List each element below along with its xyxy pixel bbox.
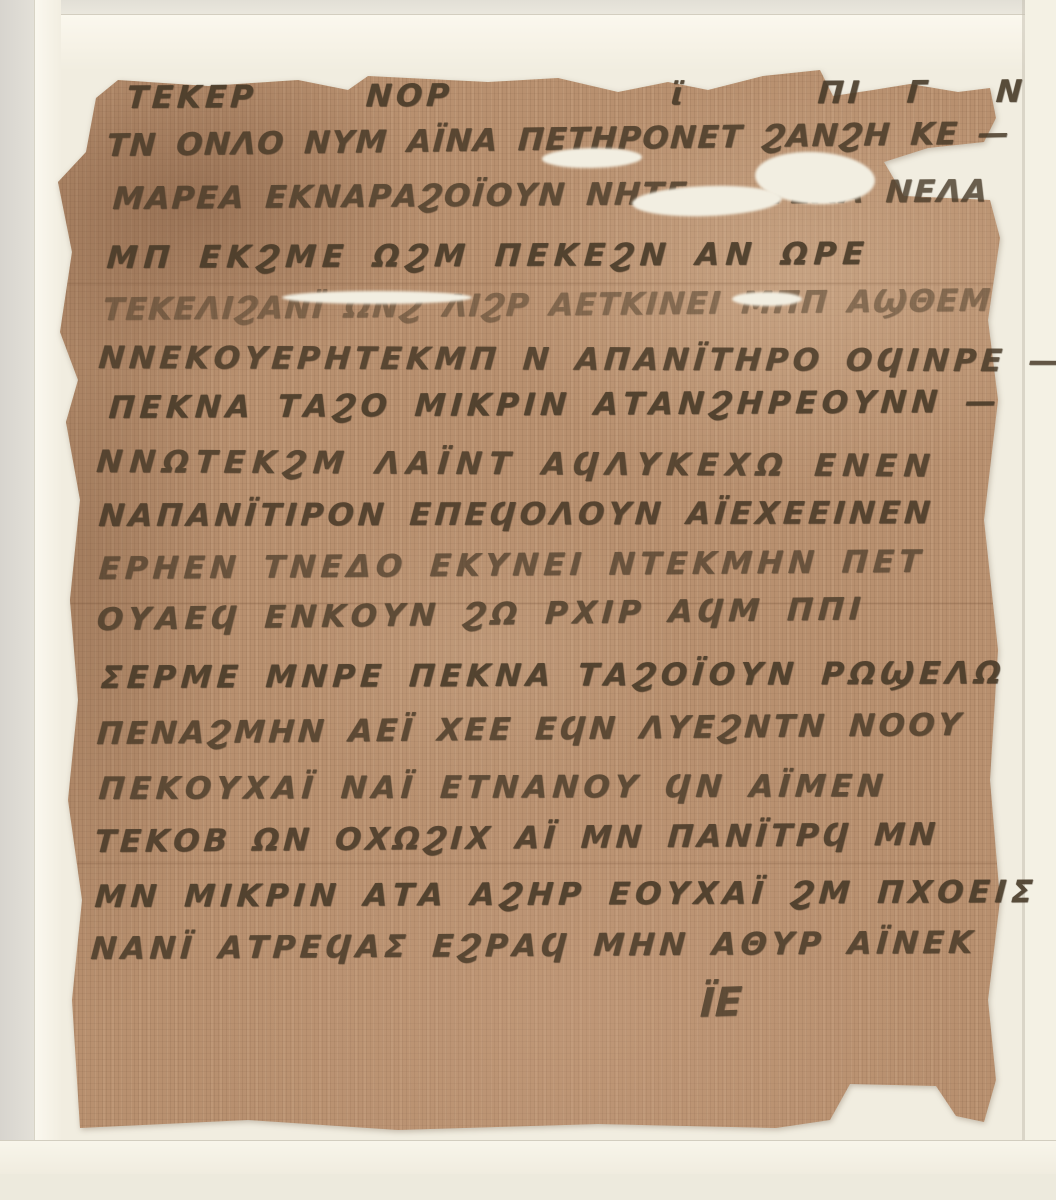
text-line: ΣΕΡΜΕ ΜΝΡΕ ΠΕΚΝΑ ΤΑϨΟΪΟΥΝ ΡΩϢΕΛΩ: [100, 655, 1007, 696]
papyrus-hole: [732, 292, 802, 306]
text-line: ΠΕΚΟΥΧΑΪ ΝΑΪ ΕΤΝΑΝΟΥ ϤΝ ΑΪΜΕΝ: [98, 768, 890, 807]
papyrus-hole: [282, 291, 472, 304]
text-line: ΠΕΚΝΑ ΤΑϨΟ ΜΙΚΡΙΝ ΑΤΑΝϨΗΡΕΟΥΝΝ —: [108, 384, 1003, 426]
text-line: ΤΕΚΟΒ ΩΝ ΟΧΩϨΙΧ ΑΪ ΜΝ ΠΑΝΪΤΡϤ ΜΝ: [94, 817, 941, 860]
colophon-ie: ΪΕ: [699, 979, 743, 1027]
text-line: ΜΝ ΜΙΚΡΙΝ ΑΤΑ ΑϨΗΡ ΕΟΥΧΑΪ ϨΜ ΠΧΟΕΙΣ: [94, 874, 1039, 915]
text-line: ΝΝΩΤΕΚϨΜ ΛΑΪΝΤ ΑϤΛΥΚΕΧΩ ΕΝΕΝ: [95, 444, 938, 484]
text-line: ΝΑΝΪ ΑΤΡΕϤΑΣ ΕϨΡΑϤ ΜΗΝ ΑΘΥΡ ΑΪΝΕΚ: [90, 925, 978, 967]
text-line: ΜΠ ΕΚϨΜΕ ΩϨΜ ΠΕΚΕϨΝ ΑΝ ΩΡΕ: [106, 236, 871, 276]
text-line: ΠΕΝΑϨΜΗΝ ΑΕΪ ΧΕΕ ΕϤΝ ΛΥΕϨΝΤΝ ΝΟΟΥ: [96, 707, 965, 752]
text-line: ΝΑΠΑΝΪΤΙΡΟΝ ΕΠΕϤΟΛΟΥΝ ΑΪΕΧΕΕΙΝΕΝ: [98, 495, 936, 534]
text-line: ΤΕΚΕΡ ΝΟΡ ϊ ΠΙ Γ Ν: [126, 74, 1027, 116]
coptic-text-block: ΤΕΚΕΡ ΝΟΡ ϊ ΠΙ Γ Ν ΤΝ ΟΝΛΟ ΝΥΜ ΑΪΝΑ ΠΕΤΗ…: [0, 0, 1056, 1200]
text-line: ΟΥΑΕϤ ΕΝΚΟΥΝ ϨΩ ΡΧΙΡ ΑϤΜ ΠΠΙ: [96, 591, 867, 638]
text-line: ΤΕΚΕΛΙϨΑΝΪ ΩΝϨ ΛΙϨΡ ΑΕΤΚΙΝΕΙ ΜΠΠ ΑϢΘΕΜ: [102, 283, 993, 328]
papyrus-photo-scene: ΤΕΚΕΡ ΝΟΡ ϊ ΠΙ Γ Ν ΤΝ ΟΝΛΟ ΝΥΜ ΑΪΝΑ ΠΕΤΗ…: [0, 0, 1056, 1200]
text-line: ΕΡΗΕΝ ΤΝΕΔΟ ΕΚΥΝΕΙ ΝΤΕΚΜΗΝ ΠΕΤ: [98, 544, 927, 587]
text-line: ΝΝΕΚΟΥΕΡΗΤΕΚΜΠ Ν ΑΠΑΝΪΤΗΡΟ ΟϤΙΝΡΕ —: [97, 340, 1056, 379]
